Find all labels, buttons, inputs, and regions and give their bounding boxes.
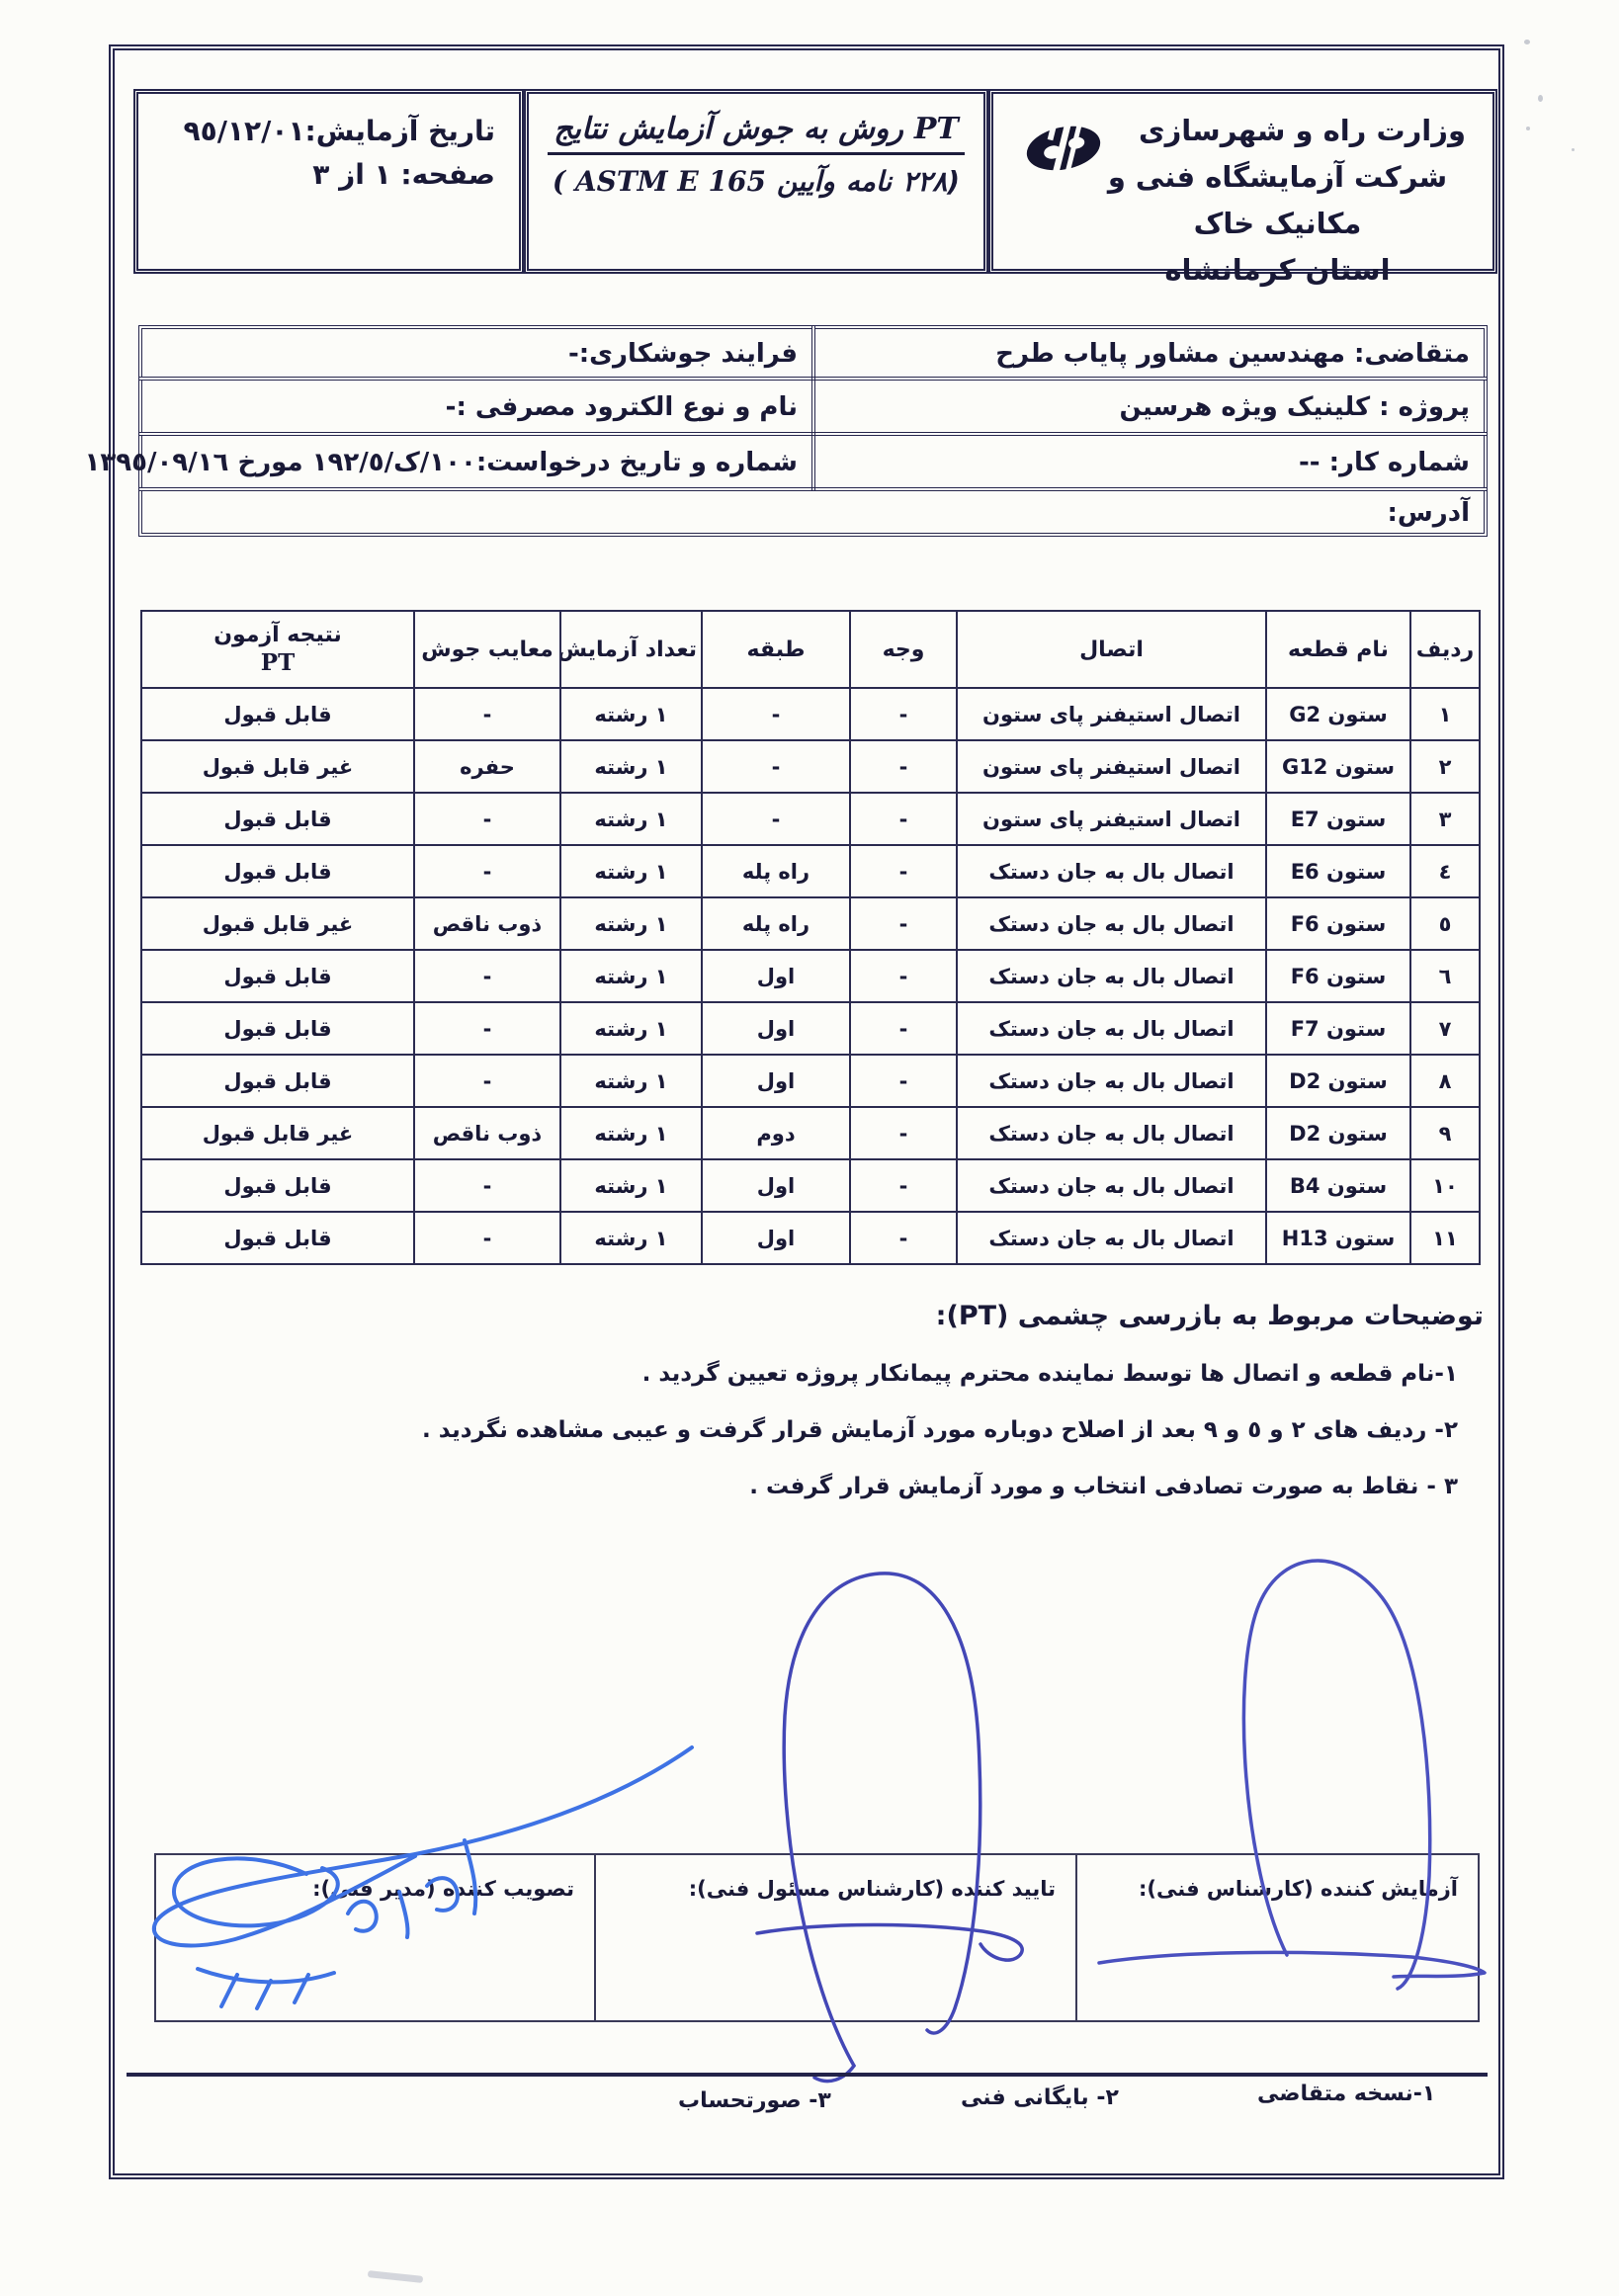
address-field: آدرس: (138, 487, 1488, 537)
cell-row-no: ١١ (1410, 1212, 1480, 1264)
notes-heading: توضیحات مربوط به بازرسی چشمی (PT): (138, 1301, 1484, 1331)
title-word: نتایج (554, 112, 607, 146)
cell-floor: اول (702, 1212, 850, 1264)
note-item: ٣ - نقاط به صورت تصادفی انتخاب و مورد آز… (138, 1468, 1488, 1506)
cell-face: - (850, 688, 957, 740)
table-header-row: ردیف نام قطعه اتصال وجه طبقه تعداد آزمای… (141, 611, 1480, 688)
cell-row-no: ٨ (1410, 1055, 1480, 1107)
cell-connection: اتصال بال به جان دستک (957, 897, 1266, 950)
electrode-field: نام و نوع الکترود مصرفی :- (138, 377, 815, 436)
cell-result: غیر قابل قبول (141, 740, 414, 793)
cell-part: ستون E6 (1266, 845, 1410, 897)
table-row: ٩ستون D2اتصال بال به جان دستک-دوم١ رشتهذ… (141, 1107, 1480, 1159)
scan-smudge (368, 2270, 423, 2283)
info-row: متقاضی: مهندسین مشاور پایاب طرح فرایند ج… (138, 325, 1488, 381)
test-date-box: تاریخ آزمایش:٩٥/١٢/٠١ صفحه: ١ از ٣ (133, 89, 524, 274)
cell-row-no: ٢ (1410, 740, 1480, 793)
welding-process-field: فرایند جوشکاری:- (138, 325, 815, 381)
cell-part: ستون F7 (1266, 1002, 1410, 1055)
note-item: ٢- ردیف های ٢ و ٥ و ٩ بعد از اصلاح دوبار… (138, 1411, 1488, 1450)
cell-floor: اول (702, 950, 850, 1002)
cell-row-no: ١٠ (1410, 1159, 1480, 1212)
project-field: پروژه : کلینیک ویژه هرسین (811, 377, 1488, 436)
cell-defects: - (414, 1212, 560, 1264)
table-row: ٦ستون F6اتصال بال به جان دستک-اول١ رشته-… (141, 950, 1480, 1002)
subtitle-code-number: ٢٢٨) (902, 165, 960, 198)
cell-result: غیر قابل قبول (141, 1107, 414, 1159)
cell-row-no: ٦ (1410, 950, 1480, 1002)
applicant-field: متقاضی: مهندسین مشاور پایاب طرح (811, 325, 1488, 381)
results-table-wrap: ردیف نام قطعه اتصال وجه طبقه تعداد آزمای… (140, 610, 1481, 1265)
cell-result: قابل قبول (141, 845, 414, 897)
cell-count: ١ رشته (560, 950, 702, 1002)
results-table: ردیف نام قطعه اتصال وجه طبقه تعداد آزمای… (140, 610, 1481, 1265)
col-weld-defects: معایب جوش (414, 611, 560, 688)
cell-floor: راه پله (702, 845, 850, 897)
info-row: شماره کار: -- شماره و تاریخ درخواست:١٠٠/… (138, 432, 1488, 491)
cell-count: ١ رشته (560, 688, 702, 740)
scan-speck (1572, 148, 1575, 151)
cell-count: ١ رشته (560, 793, 702, 845)
scan-speck (1526, 127, 1530, 130)
subtitle-standard: ( ASTM E 165 (553, 165, 766, 198)
cell-defects: - (414, 1002, 560, 1055)
subtitle-word: وآیین (777, 165, 835, 198)
cell-part: ستون F6 (1266, 950, 1410, 1002)
cell-defects: - (414, 1159, 560, 1212)
cell-count: ١ رشته (560, 1159, 702, 1212)
col-part-name: نام قطعه (1266, 611, 1410, 688)
cell-defects: ذوب ناقص (414, 897, 560, 950)
table-row: ٢ستون G12اتصال استیفنر پای ستون--١ رشتهح… (141, 740, 1480, 793)
cell-defects: - (414, 845, 560, 897)
cell-part: ستون D2 (1266, 1107, 1410, 1159)
page-number: صفحه: ١ از ٣ (148, 153, 495, 197)
cell-defects: حفره (414, 740, 560, 793)
cell-result: قابل قبول (141, 1002, 414, 1055)
table-row: ٧ستون F7اتصال بال به جان دستک-اول١ رشته-… (141, 1002, 1480, 1055)
header: تاریخ آزمایش:٩٥/١٢/٠١ صفحه: ١ از ٣ نتایج… (133, 89, 1497, 274)
ratifier-label: تصویب کننده (مدیر فنی): (312, 1877, 574, 1901)
cell-connection: اتصال بال به جان دستک (957, 1002, 1266, 1055)
scanned-weld-test-report: تاریخ آزمایش:٩٥/١٢/٠١ صفحه: ١ از ٣ نتایج… (0, 0, 1619, 2296)
project-info-table: متقاضی: مهندسین مشاور پایاب طرح فرایند ج… (138, 329, 1488, 537)
document-subtitle: ( ASTM E 165 وآیین نامه ٢٢٨) (553, 165, 960, 198)
tester-signature-box: آزمایش کننده (کارشناس فنی): (1075, 1853, 1480, 2022)
col-face: وجه (850, 611, 957, 688)
col-connection: اتصال (957, 611, 1266, 688)
cell-floor: اول (702, 1055, 850, 1107)
cell-connection: اتصال استیفنر پای ستون (957, 688, 1266, 740)
cell-part: ستون H13 (1266, 1212, 1410, 1264)
cell-connection: اتصال استیفنر پای ستون (957, 740, 1266, 793)
visual-inspection-notes: توضیحات مربوط به بازرسی چشمی (PT): ١-نام… (138, 1301, 1488, 1524)
cell-face: - (850, 740, 957, 793)
cell-floor: - (702, 740, 850, 793)
cell-row-no: ٥ (1410, 897, 1480, 950)
cell-part: ستون F6 (1266, 897, 1410, 950)
cell-connection: اتصال بال به جان دستک (957, 950, 1266, 1002)
col-test-count: تعداد آزمایش (560, 611, 702, 688)
cell-row-no: ٣ (1410, 793, 1480, 845)
title-word: آزمایش (619, 112, 713, 146)
cell-count: ١ رشته (560, 1055, 702, 1107)
ratifier-signature-box: تصویب کننده (مدیر فنی): (154, 1853, 596, 2022)
cell-face: - (850, 1159, 957, 1212)
cell-part: ستون G2 (1266, 688, 1410, 740)
cell-connection: اتصال بال به جان دستک (957, 1159, 1266, 1212)
title-word: به (804, 112, 827, 146)
footer-divider (127, 2073, 1488, 2077)
cell-floor: اول (702, 1159, 850, 1212)
cell-face: - (850, 1002, 957, 1055)
cell-part: ستون G12 (1266, 740, 1410, 793)
cell-floor: اول (702, 1002, 850, 1055)
cell-face: - (850, 1212, 957, 1264)
cell-connection: اتصال بال به جان دستک (957, 1107, 1266, 1159)
cell-connection: اتصال بال به جان دستک (957, 1055, 1266, 1107)
subtitle-word: نامه (846, 165, 892, 198)
request-number-field: شماره و تاریخ درخواست:١٠٠/ک/١٩٢/٥ مورخ ١… (138, 432, 815, 491)
tester-label: آزمایش کننده (کارشناس فنی): (1139, 1877, 1458, 1901)
cell-connection: اتصال بال به جان دستک (957, 845, 1266, 897)
cell-defects: - (414, 688, 560, 740)
signature-section: آزمایش کننده (کارشناس فنی): تایید کننده … (150, 1853, 1480, 2022)
test-date: تاریخ آزمایش:٩٥/١٢/٠١ (148, 110, 495, 153)
info-row: پروژه : کلینیک ویژه هرسین نام و نوع الکت… (138, 377, 1488, 436)
cell-result: قابل قبول (141, 950, 414, 1002)
cell-result: قابل قبول (141, 793, 414, 845)
table-row: ١٠ستون B4اتصال بال به جان دستک-اول١ رشته… (141, 1159, 1480, 1212)
approver-label: تایید کننده (کارشناس مسئول فنی): (689, 1877, 1056, 1901)
cell-floor: - (702, 688, 850, 740)
title-word: روش (838, 112, 903, 146)
table-row: ١ستون G2اتصال استیفنر پای ستون--١ رشته-ق… (141, 688, 1480, 740)
cell-face: - (850, 897, 957, 950)
scan-speck (1538, 95, 1543, 102)
cell-defects: - (414, 1055, 560, 1107)
info-row: آدرس: (138, 487, 1488, 537)
col-pt-result: نتیجه آزمون PT (141, 611, 414, 688)
cell-row-no: ١ (1410, 688, 1480, 740)
cell-face: - (850, 1055, 957, 1107)
cell-defects: - (414, 950, 560, 1002)
title-word: جوش (723, 112, 793, 146)
cell-connection: اتصال بال به جان دستک (957, 1212, 1266, 1264)
col-row-number: ردیف (1410, 611, 1480, 688)
cell-count: ١ رشته (560, 1212, 702, 1264)
cell-count: ١ رشته (560, 740, 702, 793)
cell-floor: دوم (702, 1107, 850, 1159)
table-row: ٨ستون D2اتصال بال به جان دستک-اول١ رشته-… (141, 1055, 1480, 1107)
cell-connection: اتصال استیفنر پای ستون (957, 793, 1266, 845)
cell-count: ١ رشته (560, 1107, 702, 1159)
scan-speck (1524, 40, 1530, 44)
cell-count: ١ رشته (560, 897, 702, 950)
title-box: نتایج آزمایش جوش به روش PT ( ASTM E 165 … (524, 89, 988, 274)
cell-result: قابل قبول (141, 1055, 414, 1107)
tsml-company-logo-icon (1023, 124, 1104, 173)
cell-result: قابل قبول (141, 1159, 414, 1212)
approver-signature-box: تایید کننده (کارشناس مسئول فنی): (594, 1853, 1077, 2022)
cell-row-no: ٧ (1410, 1002, 1480, 1055)
cell-result: غیر قابل قبول (141, 897, 414, 950)
cell-row-no: ٩ (1410, 1107, 1480, 1159)
copy-distribution-3: ٣- صورتحساب (678, 2088, 831, 2113)
note-item: ١-نام قطعه و اتصال ها توسط نماینده محترم… (138, 1355, 1488, 1394)
cell-row-no: ٤ (1410, 845, 1480, 897)
col-pt-result-line1: نتیجه آزمون (146, 623, 409, 647)
copy-distribution-1: ١-نسخه متقاضی (1257, 2082, 1435, 2106)
cell-face: - (850, 1107, 957, 1159)
cell-part: ستون E7 (1266, 793, 1410, 845)
cell-result: قابل قبول (141, 1212, 414, 1264)
work-number-field: شماره کار: -- (811, 432, 1488, 491)
org-province: استان کرمانشاه (993, 247, 1492, 294)
organization-box: وزارت راه و شهرسازی شرکت آزمایشگاه فنی و… (988, 89, 1497, 274)
table-row: ٥ستون F6اتصال بال به جان دستک-راه پله١ ر… (141, 897, 1480, 950)
document-title: نتایج آزمایش جوش به روش PT (548, 112, 965, 155)
cell-defects: - (414, 793, 560, 845)
cell-face: - (850, 845, 957, 897)
table-row: ١١ستون H13اتصال بال به جان دستک-اول١ رشت… (141, 1212, 1480, 1264)
col-floor: طبقه (702, 611, 850, 688)
copy-distribution-2: ٢- بایگانی فنی (961, 2085, 1119, 2110)
cell-floor: - (702, 793, 850, 845)
cell-part: ستون B4 (1266, 1159, 1410, 1212)
cell-part: ستون D2 (1266, 1055, 1410, 1107)
cell-count: ١ رشته (560, 845, 702, 897)
cell-defects: ذوب ناقص (414, 1107, 560, 1159)
cell-floor: راه پله (702, 897, 850, 950)
cell-count: ١ رشته (560, 1002, 702, 1055)
table-row: ٣ستون E7اتصال استیفنر پای ستون--١ رشته-ق… (141, 793, 1480, 845)
cell-face: - (850, 793, 957, 845)
cell-result: قابل قبول (141, 688, 414, 740)
cell-face: - (850, 950, 957, 1002)
col-pt-result-line2: PT (146, 649, 409, 676)
title-method-code: PT (914, 112, 959, 146)
table-row: ٤ستون E6اتصال بال به جان دستک-راه پله١ ر… (141, 845, 1480, 897)
